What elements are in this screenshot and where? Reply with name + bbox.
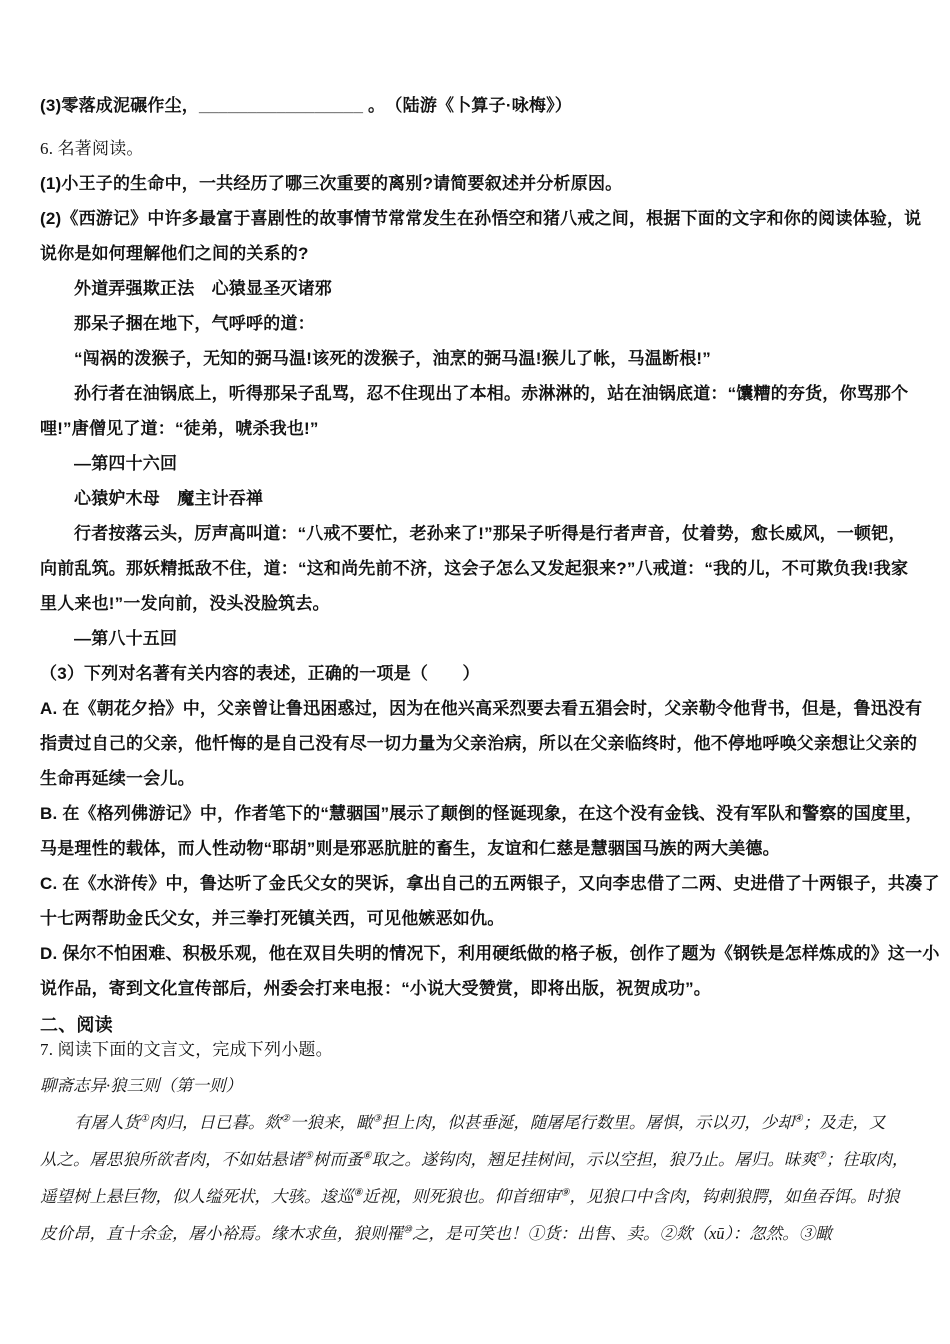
classical-passage-line3: 遥望树上悬巨物，似人缢死状，大骇。逡巡⑧近视，则死狼也。仰首细审⑨，见狼口中含肉… <box>40 1178 908 1215</box>
excerpt-line: 那呆子捆在地下，气呼呼的道： <box>40 306 908 341</box>
option-c-line1: C. 在《水浒传》中，鲁达听了金氏父女的哭诉，拿出自己的五两银子，又向李忠借了二… <box>40 866 908 901</box>
option-b-line2: 马是理性的载体，而人性动物“耶胡”则是邪恶肮脏的畜生，友谊和仁慈是慧骃国马族的两… <box>40 831 908 866</box>
classical-passage-line1: 有屠人货①肉归，日已暮。欻②一狼来，瞰③担上肉，似甚垂涎，随屠尾行数里。屠惧，示… <box>40 1104 908 1141</box>
question-6-sub2-line1: (2)《西游记》中许多最富于喜剧性的故事情节常常发生在孙悟空和猪八戒之间，根据下… <box>40 201 908 236</box>
option-d-line1: D. 保尔不怕困难、积极乐观，他在双目失明的情况下，利用硬纸做的格子板，创作了题… <box>40 936 908 971</box>
option-a-line3: 生命再延续一会儿。 <box>40 761 908 796</box>
option-a-line2: 指责过自己的父亲，他忏悔的是自己没有尽一切力量为父亲治病，所以在父亲临终时，他不… <box>40 726 908 761</box>
option-c-line2: 十七两帮助金氏父女，并三拳打死镇关西，可见他嫉恶如仇。 <box>40 901 908 936</box>
question-6-sub1: (1)小王子的生命中，一共经历了哪三次重要的离别?请简要叙述并分析原因。 <box>40 166 908 201</box>
classical-passage-title: 聊斋志异·狼三则（第一则） <box>40 1067 908 1104</box>
excerpt-line: “闯祸的泼猴子，无知的弼马温!该死的泼猴子，油烹的弼马温!猴儿了帐，马温断根!” <box>40 341 908 376</box>
excerpt-line: 行者按落云头，厉声高叫道：“八戒不要忙，老孙来了!”那呆子听得是行者声音，仗着势… <box>40 516 908 551</box>
option-b-line1: B. 在《格列佛游记》中，作者笔下的“慧骃国”展示了颠倒的怪诞现象，在这个没有金… <box>40 796 908 831</box>
classical-passage-line4: 皮价昂，直十余金，屠小裕焉。缘木求鱼，狼则罹⑩之，是可笑也！①货：出售、卖。②欻… <box>40 1215 908 1252</box>
excerpt-line: 哩!”唐僧见了道：“徒弟，唬杀我也!” <box>40 411 908 446</box>
question-6-sub2-line2: 说你是如何理解他们之间的关系的? <box>40 236 908 271</box>
excerpt-chapter46-title: 外道弄强欺正法 心猿显圣灭诸邪 <box>40 271 908 306</box>
excerpt-chapter46-source: —第四十六回 <box>40 446 908 481</box>
question-7-stem: 7. 阅读下面的文言文，完成下列小题。 <box>40 1032 908 1067</box>
question-6-stem: 6. 名著阅读。 <box>40 131 908 166</box>
classical-passage-line2: 从之。屠思狼所欲者肉，不如姑悬诸⑤树而蚤⑥取之。遂钩肉，翘足挂树间，示以空担，狼… <box>40 1141 908 1178</box>
poem-completion-blank-line: (3)零落成泥碾作尘，_________________ 。 （陆游《卜算子·咏… <box>40 88 908 123</box>
option-a-line1: A. 在《朝花夕拾》中，父亲曾让鲁迅困惑过，因为在他兴高采烈要去看五猖会时，父亲… <box>40 691 908 726</box>
excerpt-line: 向前乱筑。那妖精抵敌不住，道：“这和尚先前不济，这会子怎么又发起狠来?”八戒道：… <box>40 551 908 586</box>
excerpt-line: 孙行者在油锅底上，听得那呆子乱骂，忍不住现出了本相。赤淋淋的，站在油锅底道：“馕… <box>40 376 908 411</box>
excerpt-chapter85-title: 心猿妒木母 魔主计吞禅 <box>40 481 908 516</box>
exam-paper-page: (3)零落成泥碾作尘，_________________ 。 （陆游《卜算子·咏… <box>0 0 950 1252</box>
excerpt-chapter85-source: —第八十五回 <box>40 621 908 656</box>
question-6-sub3-stem: （3）下列对名著有关内容的表述，正确的一项是（ ） <box>40 656 908 691</box>
option-d-line2: 说作品，寄到文化宣传部后，州委会打来电报：“小说大受赞赏，即将出版，祝贺成功”。 <box>40 971 908 1006</box>
excerpt-line: 里人来也!”一发向前，没头没脸筑去。 <box>40 586 908 621</box>
